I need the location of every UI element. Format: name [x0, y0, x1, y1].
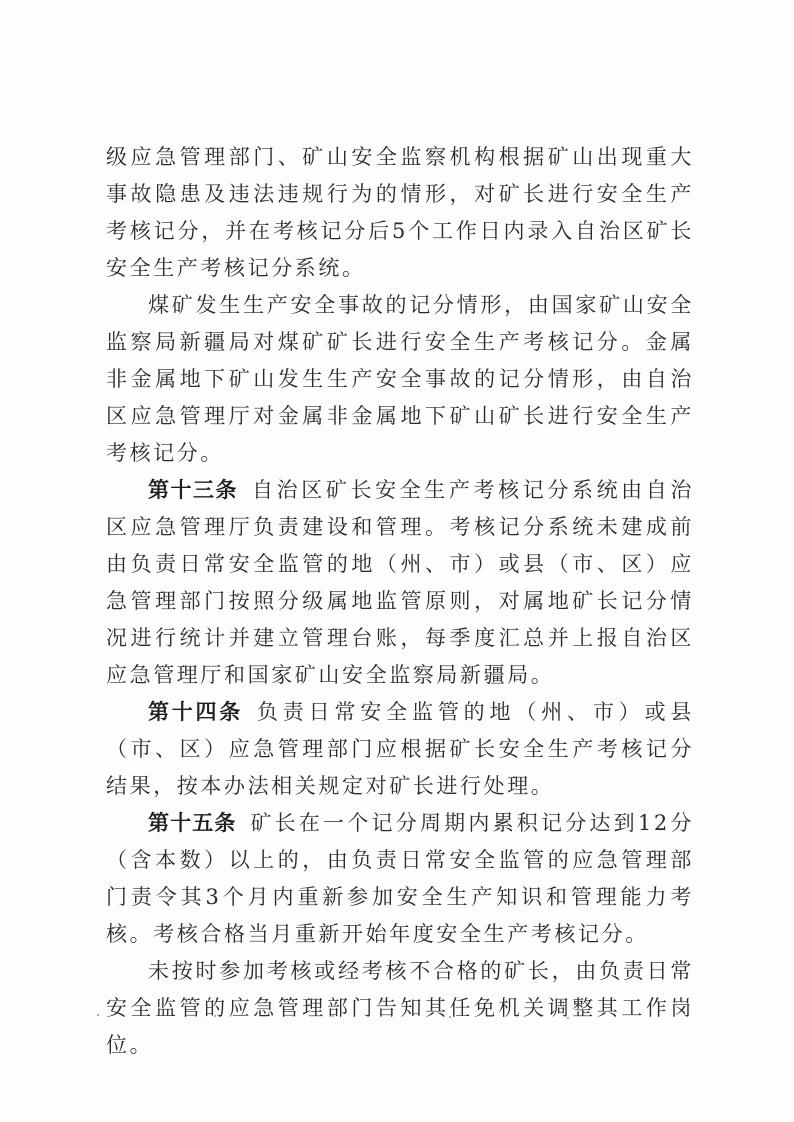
scan-speck: [332, 1015, 334, 1017]
article-15: 第十五条矿长在一个记分周期内累积记分达到12分（含本数）以上的，由负责日常安全监…: [106, 805, 694, 953]
scan-speck: [214, 1015, 216, 1017]
document-page: 级应急管理部门、矿山安全监察机构根据矿山出现重大事故隐患及违法违规行为的情形，对…: [106, 139, 694, 1064]
article-title: 第十五条: [148, 811, 236, 835]
article-14: 第十四条负责日常安全监管的地（州、市）或县（市、区）应急管理部门应根据矿长安全生…: [106, 694, 694, 805]
paragraph-text: 级应急管理部门、矿山安全监察机构根据矿山出现重大事故隐患及违法违规行为的情形，对…: [106, 145, 694, 280]
paragraph-coal-mine-scoring: 煤矿发生生产安全事故的记分情形，由国家矿山安全监察局新疆局对煤矿矿长进行安全生产…: [106, 287, 694, 472]
article-title: 第十三条: [148, 478, 238, 502]
article-title: 第十四条: [148, 700, 243, 724]
article-text: 自治区矿长安全生产考核记分系统由自治区应急管理厅负责建设和管理。考核记分系统未建…: [106, 478, 694, 687]
scan-speck: [449, 1016, 451, 1018]
scan-speck: [97, 1014, 99, 1016]
article-13: 第十三条自治区矿长安全生产考核记分系统由自治区应急管理厅负责建设和管理。考核记分…: [106, 472, 694, 694]
paragraph-text: 煤矿发生生产安全事故的记分情形，由国家矿山安全监察局新疆局对煤矿矿长进行安全生产…: [106, 293, 694, 465]
paragraph-text: 未按时参加考核或经考核不合格的矿长，由负责日常安全监管的应急管理部门告知其任免机…: [106, 959, 694, 1057]
scan-speck: [567, 1017, 569, 1019]
paragraph-continuation: 级应急管理部门、矿山安全监察机构根据矿山出现重大事故隐患及违法违规行为的情形，对…: [106, 139, 694, 287]
paragraph-failed-assessment: 未按时参加考核或经考核不合格的矿长，由负责日常安全监管的应急管理部门告知其任免机…: [106, 953, 694, 1064]
